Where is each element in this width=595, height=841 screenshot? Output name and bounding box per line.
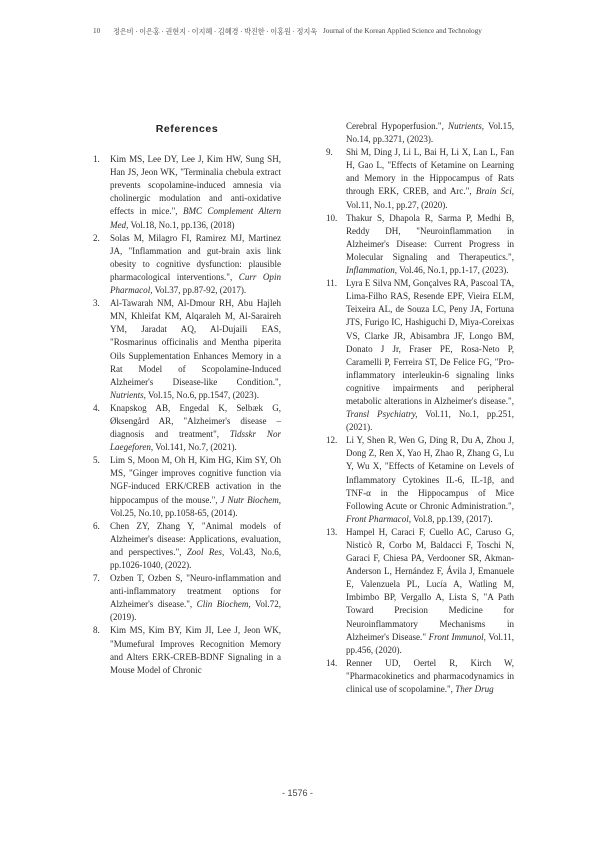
- reference-item: 11.Lyra E Silva NM, Gonçalves RA, Pascoa…: [326, 277, 514, 434]
- right-column: Cerebral Hypoperfusion.", Nutrients, Vol…: [326, 120, 514, 696]
- reference-continuation: Cerebral Hypoperfusion.", Nutrients, Vol…: [326, 120, 514, 146]
- reference-item: 2.Solas M, Milagro FI, Ramirez MJ, Marti…: [93, 232, 281, 297]
- reference-item: 8.Kim MS, Kim BY, Kim JI, Lee J, Jeon WK…: [93, 624, 281, 676]
- references-heading: References: [93, 123, 281, 136]
- header-journal-title: Journal of the Korean Applied Science an…: [323, 27, 482, 35]
- running-header: 10 정은비 · 이은홍 · 권현지 · 이지혜 · 김혜경 · 박진한 · 이…: [93, 27, 513, 39]
- reference-item: 1.Kim MS, Lee DY, Lee J, Kim HW, Sung SH…: [93, 153, 281, 232]
- journal-name: Ther Drug: [455, 684, 493, 694]
- reference-item: 4.Knapskog AB, Engedal K, Selbæk G, Økse…: [93, 402, 281, 454]
- journal-name: J Nutr Biochem,: [221, 495, 281, 505]
- reference-item: 9.Shi M, Ding J, Li L, Bai H, Li X, Lan …: [326, 146, 514, 211]
- reference-item: 7.Ozben T, Ozben S, "Neuro-inflammation …: [93, 572, 281, 624]
- journal-name: Inflammation,: [346, 265, 397, 275]
- header-page-number: 10: [93, 27, 100, 35]
- reference-list-right: 9.Shi M, Ding J, Li L, Bai H, Li X, Lan …: [326, 146, 514, 696]
- journal-name: Front Immunol,: [429, 632, 486, 642]
- header-authors: 정은비 · 이은홍 · 권현지 · 이지혜 · 김혜경 · 박진한 · 이홍원 …: [113, 27, 317, 37]
- journal-name: Nutrients,: [110, 390, 146, 400]
- reference-item: 3.Al-Tawarah NM, Al-Dmour RH, Abu Hajleh…: [93, 297, 281, 402]
- left-column: References 1.Kim MS, Lee DY, Lee J, Kim …: [93, 117, 281, 677]
- journal-name: Nutrients,: [448, 121, 484, 131]
- journal-name: Front Pharmacol,: [346, 514, 411, 524]
- journal-name: Transl Psychiatry,: [346, 409, 418, 419]
- journal-name: Zool Res,: [187, 547, 224, 557]
- reference-item: 10.Thakur S, Dhapola R, Sarma P, Medhi B…: [326, 212, 514, 277]
- reference-item: 12.Li Y, Shen R, Wen G, Ding R, Du A, Zh…: [326, 434, 514, 526]
- reference-item: 14.Renner UD, Oertel R, Kirch W, "Pharma…: [326, 657, 514, 696]
- page-footer-number: - 1576 -: [0, 788, 595, 798]
- reference-item: 5.Lim S, Moon M, Oh H, Kim HG, Kim SY, O…: [93, 454, 281, 519]
- journal-name: Brain Sci,: [476, 186, 514, 196]
- reference-item: 6.Chen ZY, Zhang Y, "Animal models of Al…: [93, 520, 281, 572]
- reference-item: 13.Hampel H, Caraci F, Cuello AC, Caruso…: [326, 526, 514, 657]
- reference-list-left: 1.Kim MS, Lee DY, Lee J, Kim HW, Sung SH…: [93, 153, 281, 677]
- journal-name: Clin Biochem,: [197, 599, 251, 609]
